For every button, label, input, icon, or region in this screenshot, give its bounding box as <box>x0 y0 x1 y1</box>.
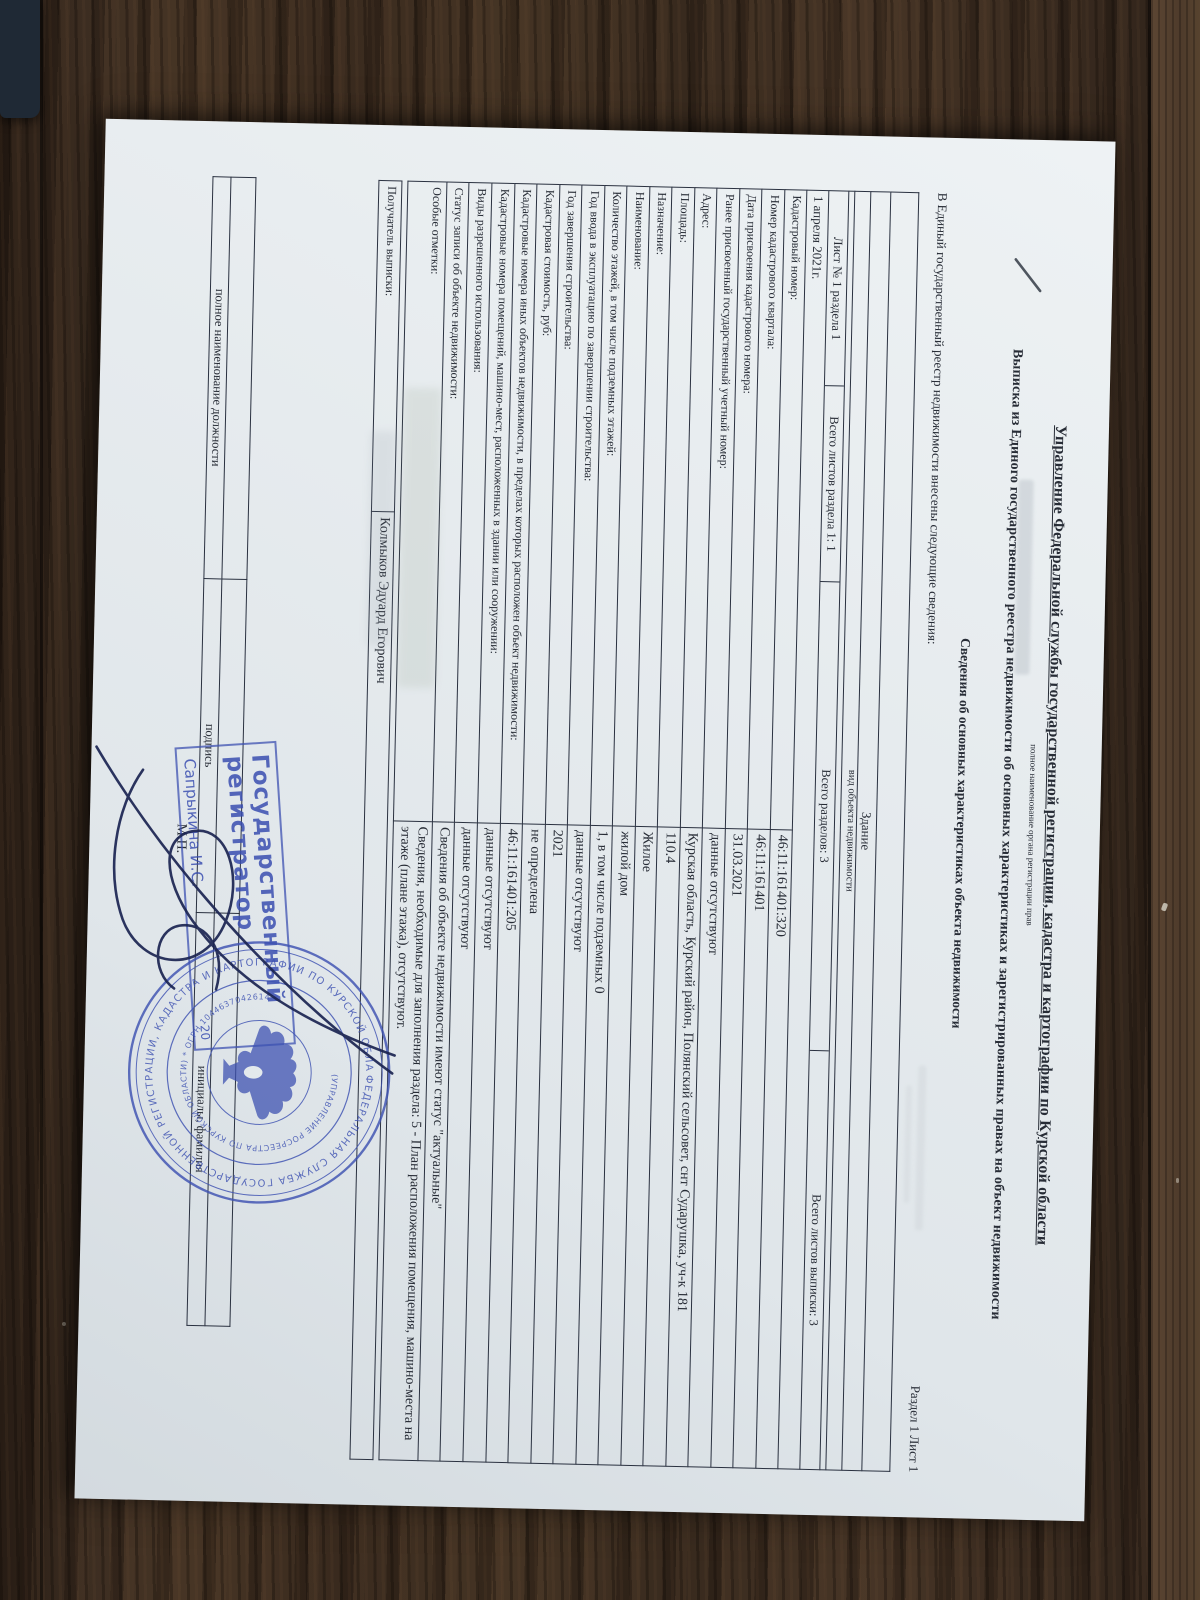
plank-seam <box>40 0 43 1600</box>
plank <box>1151 0 1200 1600</box>
bleed-through-mark <box>366 431 397 647</box>
bleed-through-mark <box>397 388 442 689</box>
intro-text: В Единый государственный реестр недвижим… <box>924 193 950 645</box>
egrn-extract-document: Управление Федеральной службы государств… <box>74 119 1115 1522</box>
wood-speck <box>1176 1178 1179 1183</box>
erased-smudge <box>903 1085 912 1203</box>
registrar-name: Сапрыкина И.С. <box>180 758 206 888</box>
object-characteristics-table: Здание вид объекта недвижимости Лист № 1… <box>378 181 919 1472</box>
sheets-total: Всего листов раздела 1: 1 <box>820 387 844 583</box>
official-round-seal: ФЕДЕРАЛЬНАЯ СЛУЖБА ГОСУДАРСТВЕННОЙ РЕГИС… <box>121 934 397 1210</box>
section-sheet-label: Раздел 1 Лист 1 <box>905 1385 923 1472</box>
wood-speck <box>62 1322 66 1326</box>
photo-scene: Управление Федеральной службы государств… <box>0 0 1200 1600</box>
double-eagle-emblem <box>222 1025 297 1120</box>
dark-object-corner <box>0 0 40 118</box>
document-paper: Управление Федеральной службы государств… <box>74 119 1115 1522</box>
sheet-number: Лист № 1 раздела 1 <box>824 191 848 387</box>
